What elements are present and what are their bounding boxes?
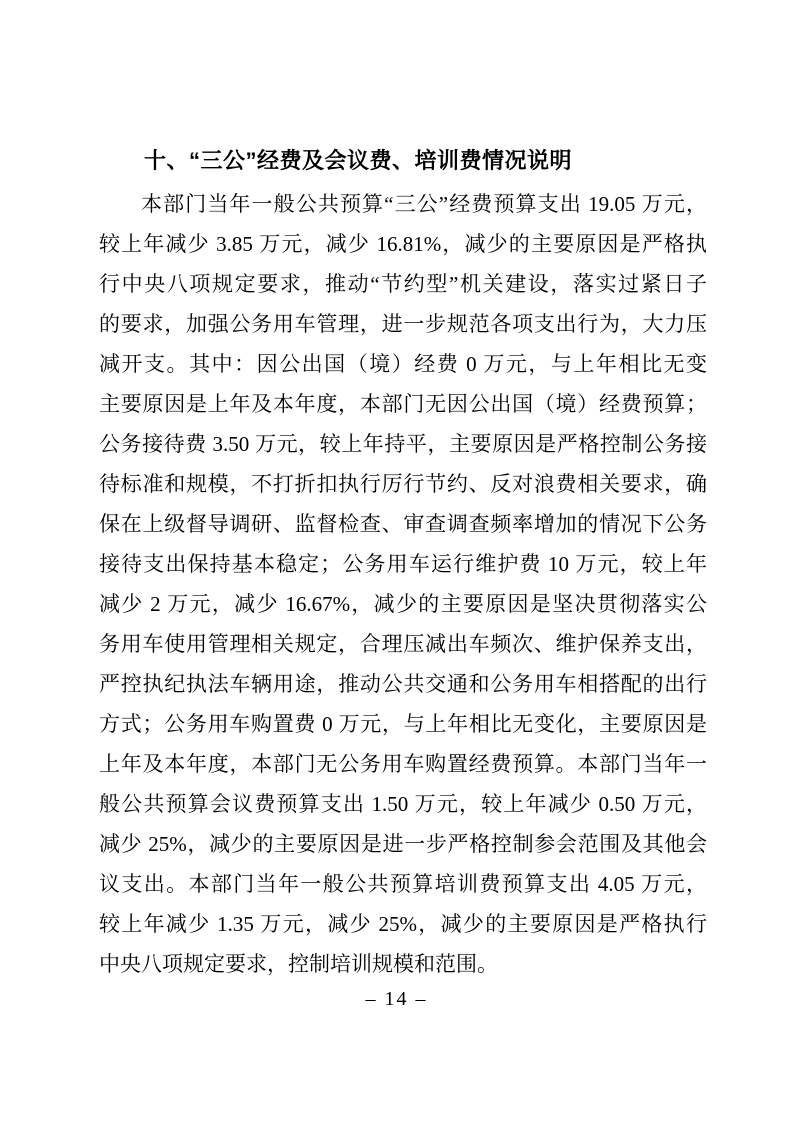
- paragraph-line: 待标准和规模，不打折扣执行厉行节约、反对浪费相关要求，确: [99, 464, 707, 504]
- paragraph-line: 减少 25%，减少的主要原因是进一步严格控制参会范围及其他会: [99, 824, 707, 864]
- paragraph-line: 保在上级督导调研、监督检查、审查调查频率增加的情况下公务: [99, 504, 707, 544]
- paragraph-line: 较上年减少 3.85 万元，减少 16.81%，减少的主要原因是严格执: [99, 224, 707, 264]
- paragraph-line: 般公共预算会议费预算支出 1.50 万元，较上年减少 0.50 万元，: [99, 784, 707, 824]
- paragraph-line: 减少 2 万元，减少 16.67%，减少的主要原因是坚决贯彻落实公: [99, 584, 707, 624]
- paragraph-line: 接待支出保持基本稳定；公务用车运行维护费 10 万元，较上年: [99, 544, 707, 584]
- paragraph-line: 上年及本年度，本部门无公务用车购置经费预算。本部门当年一: [99, 744, 707, 784]
- body-paragraph: 本部门当年一般公共预算“三公”经费预算支出 19.05 万元，较上年减少 3.8…: [99, 184, 707, 984]
- paragraph-line: 较上年减少 1.35 万元，减少 25%，减少的主要原因是严格执行: [99, 904, 707, 944]
- paragraph-line: 中央八项规定要求，控制培训规模和范围。: [99, 944, 707, 984]
- paragraph-line: 本部门当年一般公共预算“三公”经费预算支出 19.05 万元，: [99, 184, 707, 224]
- paragraph-line: 方式；公务用车购置费 0 万元，与上年相比无变化，主要原因是: [99, 704, 707, 744]
- paragraph-line: 公务接待费 3.50 万元，较上年持平，主要原因是严格控制公务接: [99, 424, 707, 464]
- paragraph-line: 严控执纪执法车辆用途，推动公共交通和公务用车相搭配的出行: [99, 664, 707, 704]
- section-heading: 十、“三公”经费及会议费、培训费情况说明: [99, 147, 707, 175]
- page-number: – 14 –: [0, 986, 793, 1012]
- paragraph-line: 的要求，加强公务用车管理，进一步规范各项支出行为，大力压: [99, 304, 707, 344]
- document-page: 十、“三公”经费及会议费、培训费情况说明 本部门当年一般公共预算“三公”经费预算…: [0, 0, 793, 1122]
- paragraph-line: 主要原因是上年及本年度，本部门无因公出国（境）经费预算；: [99, 384, 707, 424]
- paragraph-line: 减开支。其中：因公出国（境）经费 0 万元，与上年相比无变化，: [99, 344, 707, 384]
- paragraph-line: 行中央八项规定要求，推动“节约型”机关建设，落实过紧日子: [99, 264, 707, 304]
- paragraph-line: 议支出。本部门当年一般公共预算培训费预算支出 4.05 万元，: [99, 864, 707, 904]
- paragraph-line: 务用车使用管理相关规定，合理压减出车频次、维护保养支出，: [99, 624, 707, 664]
